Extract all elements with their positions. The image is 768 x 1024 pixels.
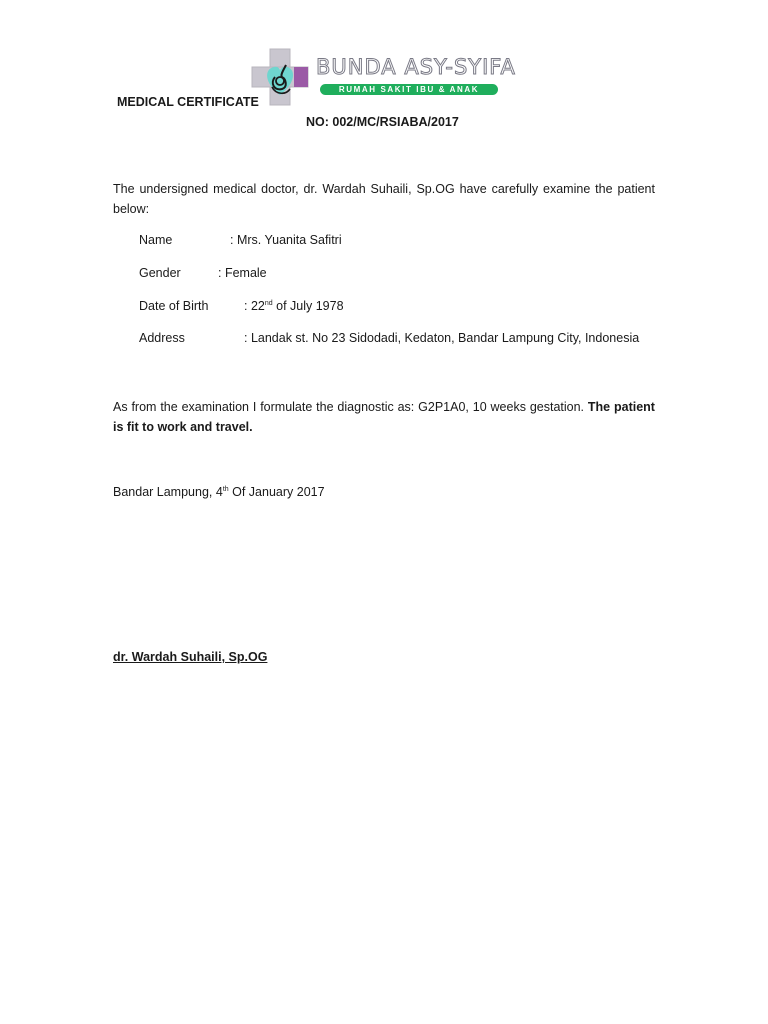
document-title: MEDICAL CERTIFICATE — [117, 95, 259, 109]
date-suffix: Of January 2017 — [229, 485, 325, 499]
patient-dob-row: Date of Birth : 22nd of July 1978 — [139, 299, 208, 313]
cross-mother-child-icon — [250, 47, 310, 107]
intro-paragraph: The undersigned medical doctor, dr. Ward… — [113, 179, 655, 219]
dob-value: : 22nd of July 1978 — [244, 299, 344, 313]
patient-name-row: Name : Mrs. Yuanita Safitri — [139, 233, 172, 247]
dob-month-year: of July 1978 — [273, 299, 344, 313]
dob-day-suffix: nd — [265, 300, 273, 307]
doctor-signature-name: dr. Wardah Suhaili, Sp.OG — [113, 650, 267, 664]
logo-title: BUNDA ASY-SYIFA — [316, 55, 516, 79]
gender-label: Gender — [139, 266, 181, 280]
address-value: : Landak st. No 23 Sidodadi, Kedaton, Ba… — [244, 331, 639, 345]
gender-value: : Female — [218, 266, 267, 280]
diagnosis-text: As from the examination I formulate the … — [113, 400, 584, 414]
patient-gender-row: Gender : Female — [139, 266, 181, 280]
name-label: Name — [139, 233, 172, 247]
place-date: Bandar Lampung, 4th Of January 2017 — [113, 485, 325, 499]
diagnosis-paragraph: As from the examination I formulate the … — [113, 397, 655, 437]
logo-subtitle: RUMAH SAKIT IBU & ANAK — [320, 84, 498, 95]
patient-address-row: Address : Landak st. No 23 Sidodadi, Ked… — [139, 331, 185, 345]
dob-label: Date of Birth — [139, 299, 208, 313]
hospital-logo: BUNDA ASY-SYIFA RUMAH SAKIT IBU & ANAK — [250, 47, 520, 107]
date-prefix: Bandar Lampung, 4 — [113, 485, 223, 499]
dob-day: : 22 — [244, 299, 265, 313]
address-label: Address — [139, 331, 185, 345]
certificate-number: NO: 002/MC/RSIABA/2017 — [306, 115, 459, 129]
name-value: : Mrs. Yuanita Safitri — [230, 233, 342, 247]
